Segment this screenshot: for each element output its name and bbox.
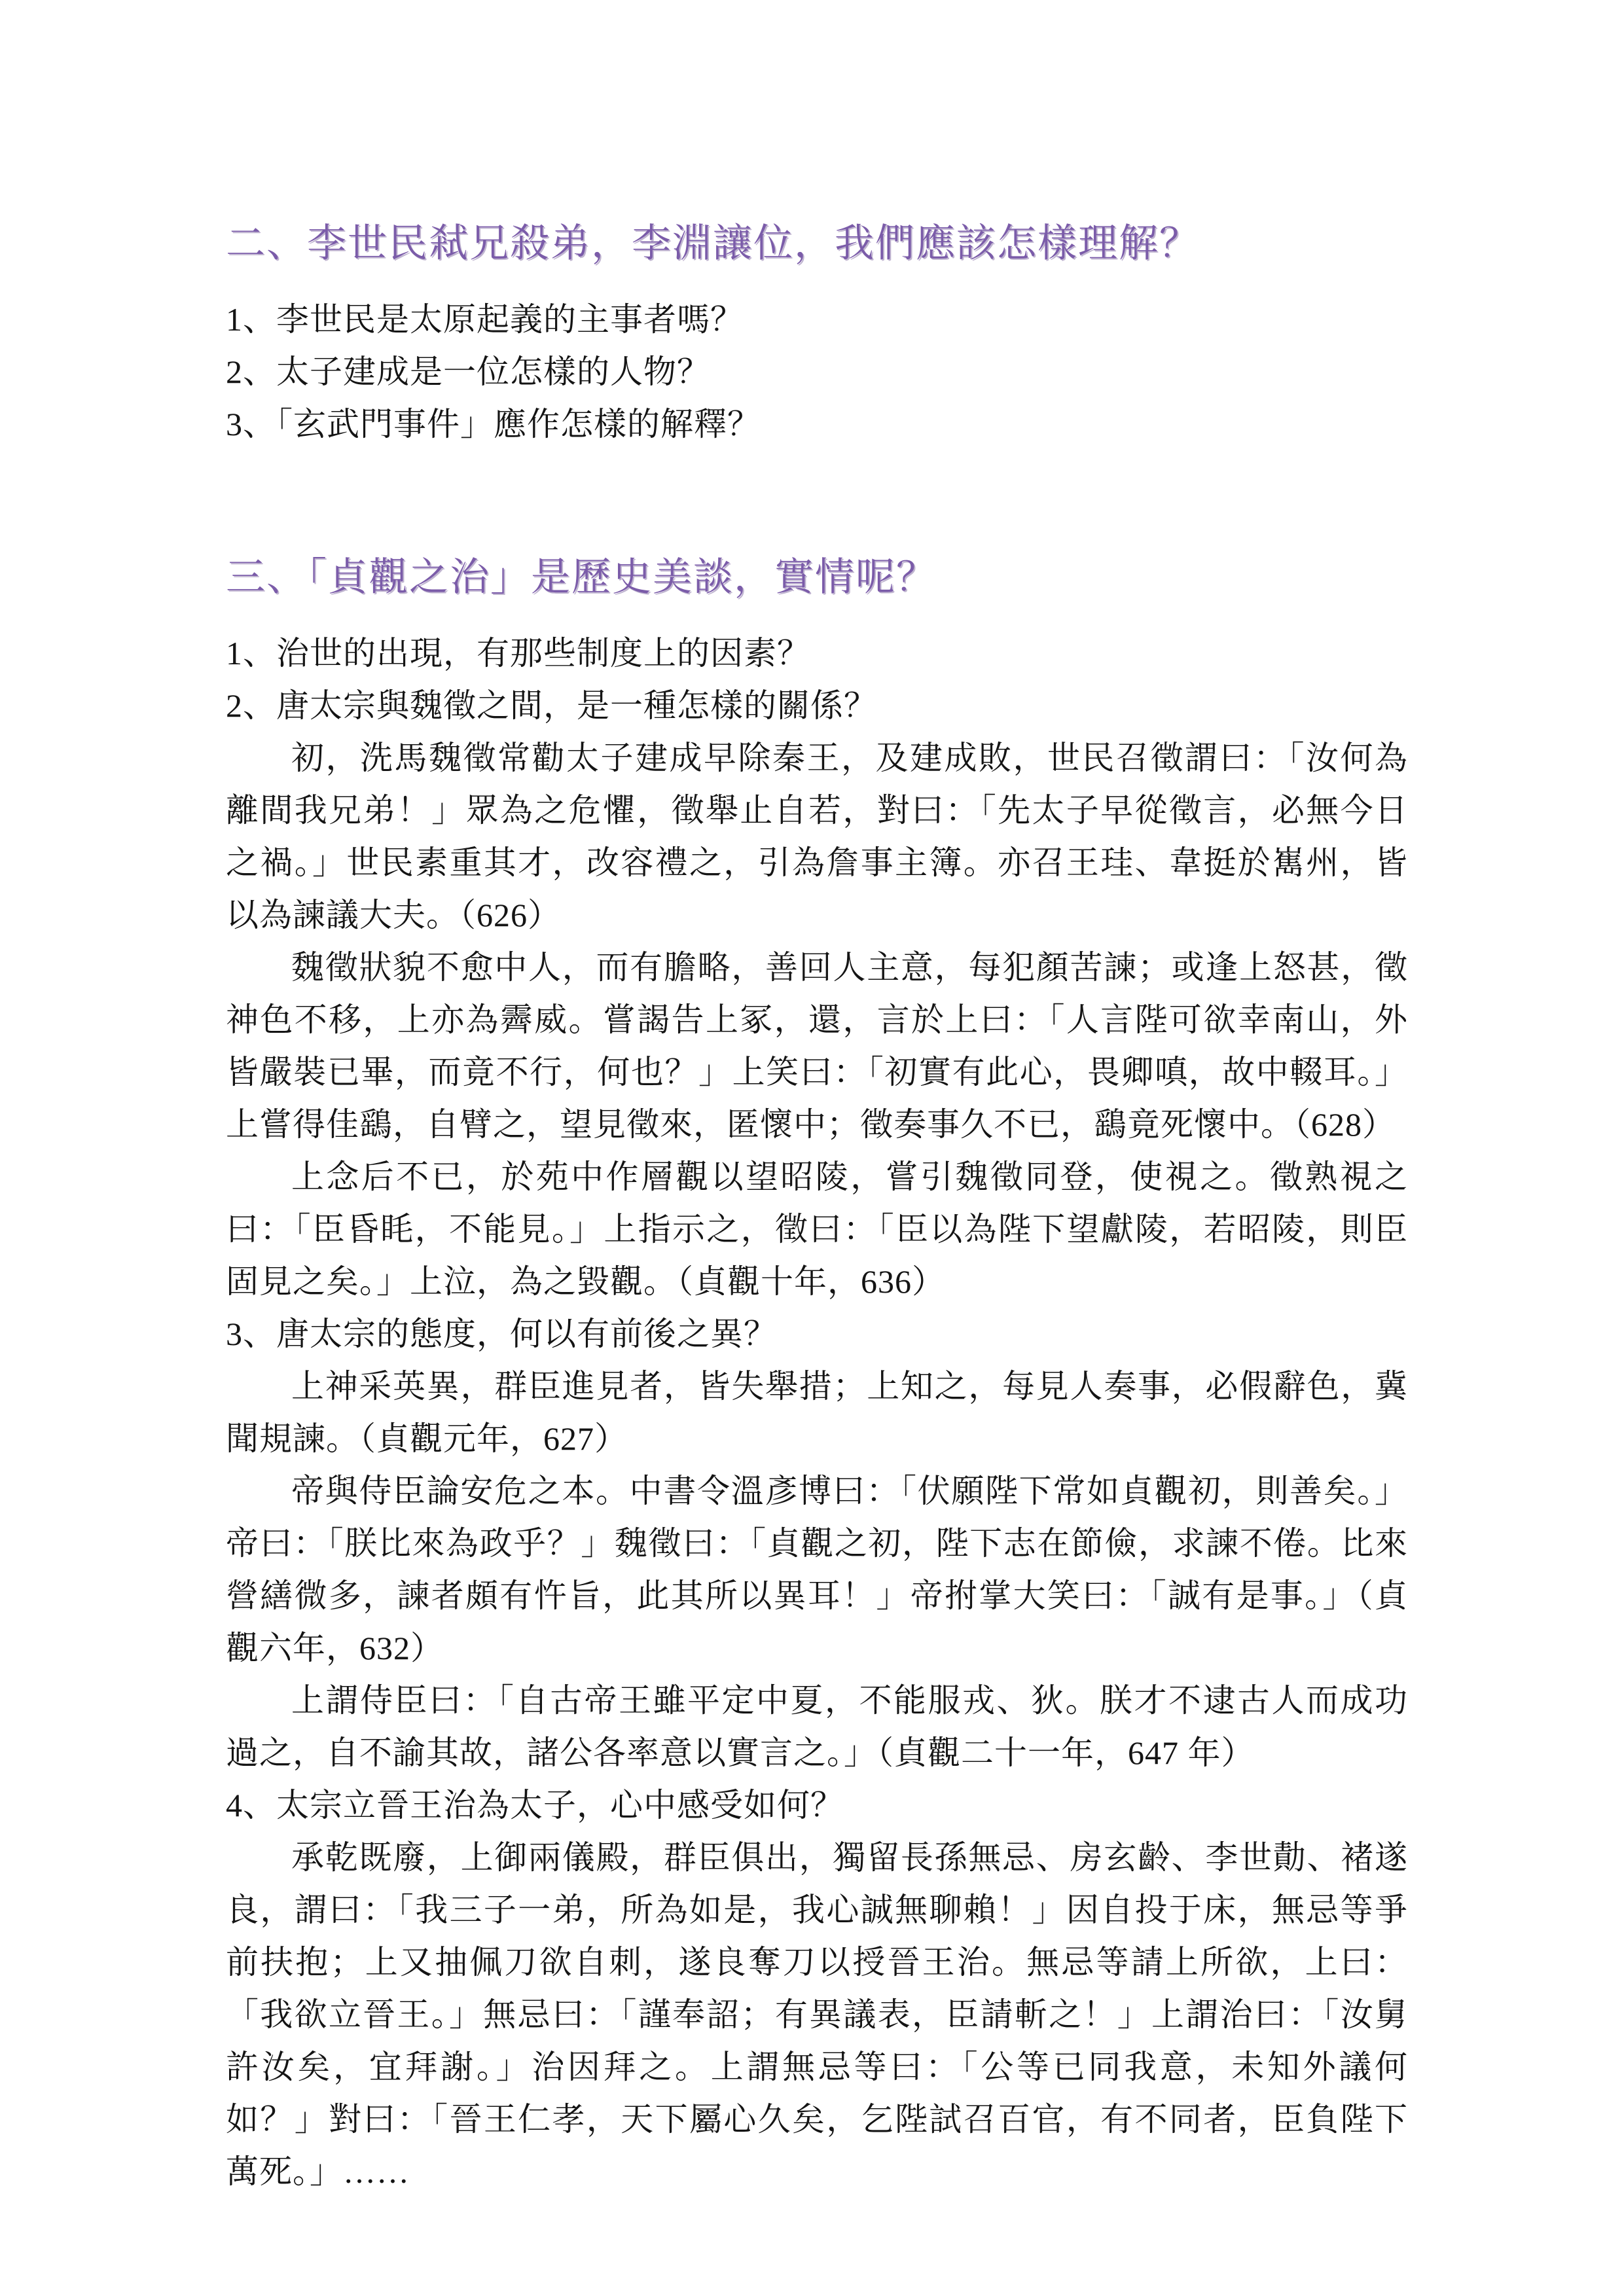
quote-paragraph-zhaoling-636: 上念后不已，於苑中作層觀以望昭陵，嘗引魏徵同登，使視之。徵熟視之曰：「臣昏眊，不… — [226, 1151, 1408, 1308]
quote-paragraph-sparrowhawk-628: 魏徵狀貌不愈中人，而有膽略，善回人主意，每犯顏苦諫；或逢上怒甚，徵神色不移，上亦… — [226, 941, 1408, 1151]
quote-paragraph-rongdi-647: 上謂侍臣曰：「自古帝王雖平定中夏，不能服戎、狄。朕才不逮古人而成功過之，自不諭其… — [226, 1674, 1408, 1779]
document-page: 二、李世民弒兄殺弟，李淵讓位，我們應該怎樣理解？ 1、李世民是太原起義的主事者嗎… — [0, 0, 1624, 2296]
section-three-question-2: 2、唐太宗與魏徵之間，是一種怎樣的關係？ — [226, 679, 1408, 732]
quote-paragraph-weizheng-626: 初，洗馬魏徵常勸太子建成早除秦王，及建成敗，世民召徵謂曰：「汝何為離間我兄弟！」… — [226, 732, 1408, 941]
quote-paragraph-chengqian-succession: 承乾既廢，上御兩儀殿，群臣俱出，獨留長孫無忌、房玄齡、李世勣、褚遂良，謂曰：「我… — [226, 1831, 1408, 2198]
section-two-question-1: 1、李世民是太原起義的主事者嗎？ — [226, 293, 1408, 346]
quote-paragraph-advice-627: 上神采英異，群臣進見者，皆失舉措；上知之，每見人奏事，必假辭色，冀聞規諫。（貞觀… — [226, 1360, 1408, 1465]
section-two-question-3: 3、「玄武門事件」應作怎樣的解釋？ — [226, 398, 1408, 450]
section-three-question-1: 1、治世的出現，有那些制度上的因素？ — [226, 627, 1408, 679]
section-two-question-2: 2、太子建成是一位怎樣的人物？ — [226, 346, 1408, 398]
section-three-heading: 三、「貞觀之治」是歷史美談，實情呢？ — [226, 550, 1408, 605]
section-two-heading: 二、李世民弒兄殺弟，李淵讓位，我們應該怎樣理解？ — [226, 216, 1408, 271]
section-three-question-4: 4、太宗立晉王治為太子，心中感受如何？ — [226, 1779, 1408, 1831]
section-three-question-3: 3、唐太宗的態度，何以有前後之異？ — [226, 1308, 1408, 1360]
quote-paragraph-wenyanbo-632: 帝與侍臣論安危之本。中書令溫彥博曰：「伏願陛下常如貞觀初，則善矣。」帝曰：「朕比… — [226, 1465, 1408, 1674]
document-content: 二、李世民弒兄殺弟，李淵讓位，我們應該怎樣理解？ 1、李世民是太原起義的主事者嗎… — [0, 0, 1624, 2198]
